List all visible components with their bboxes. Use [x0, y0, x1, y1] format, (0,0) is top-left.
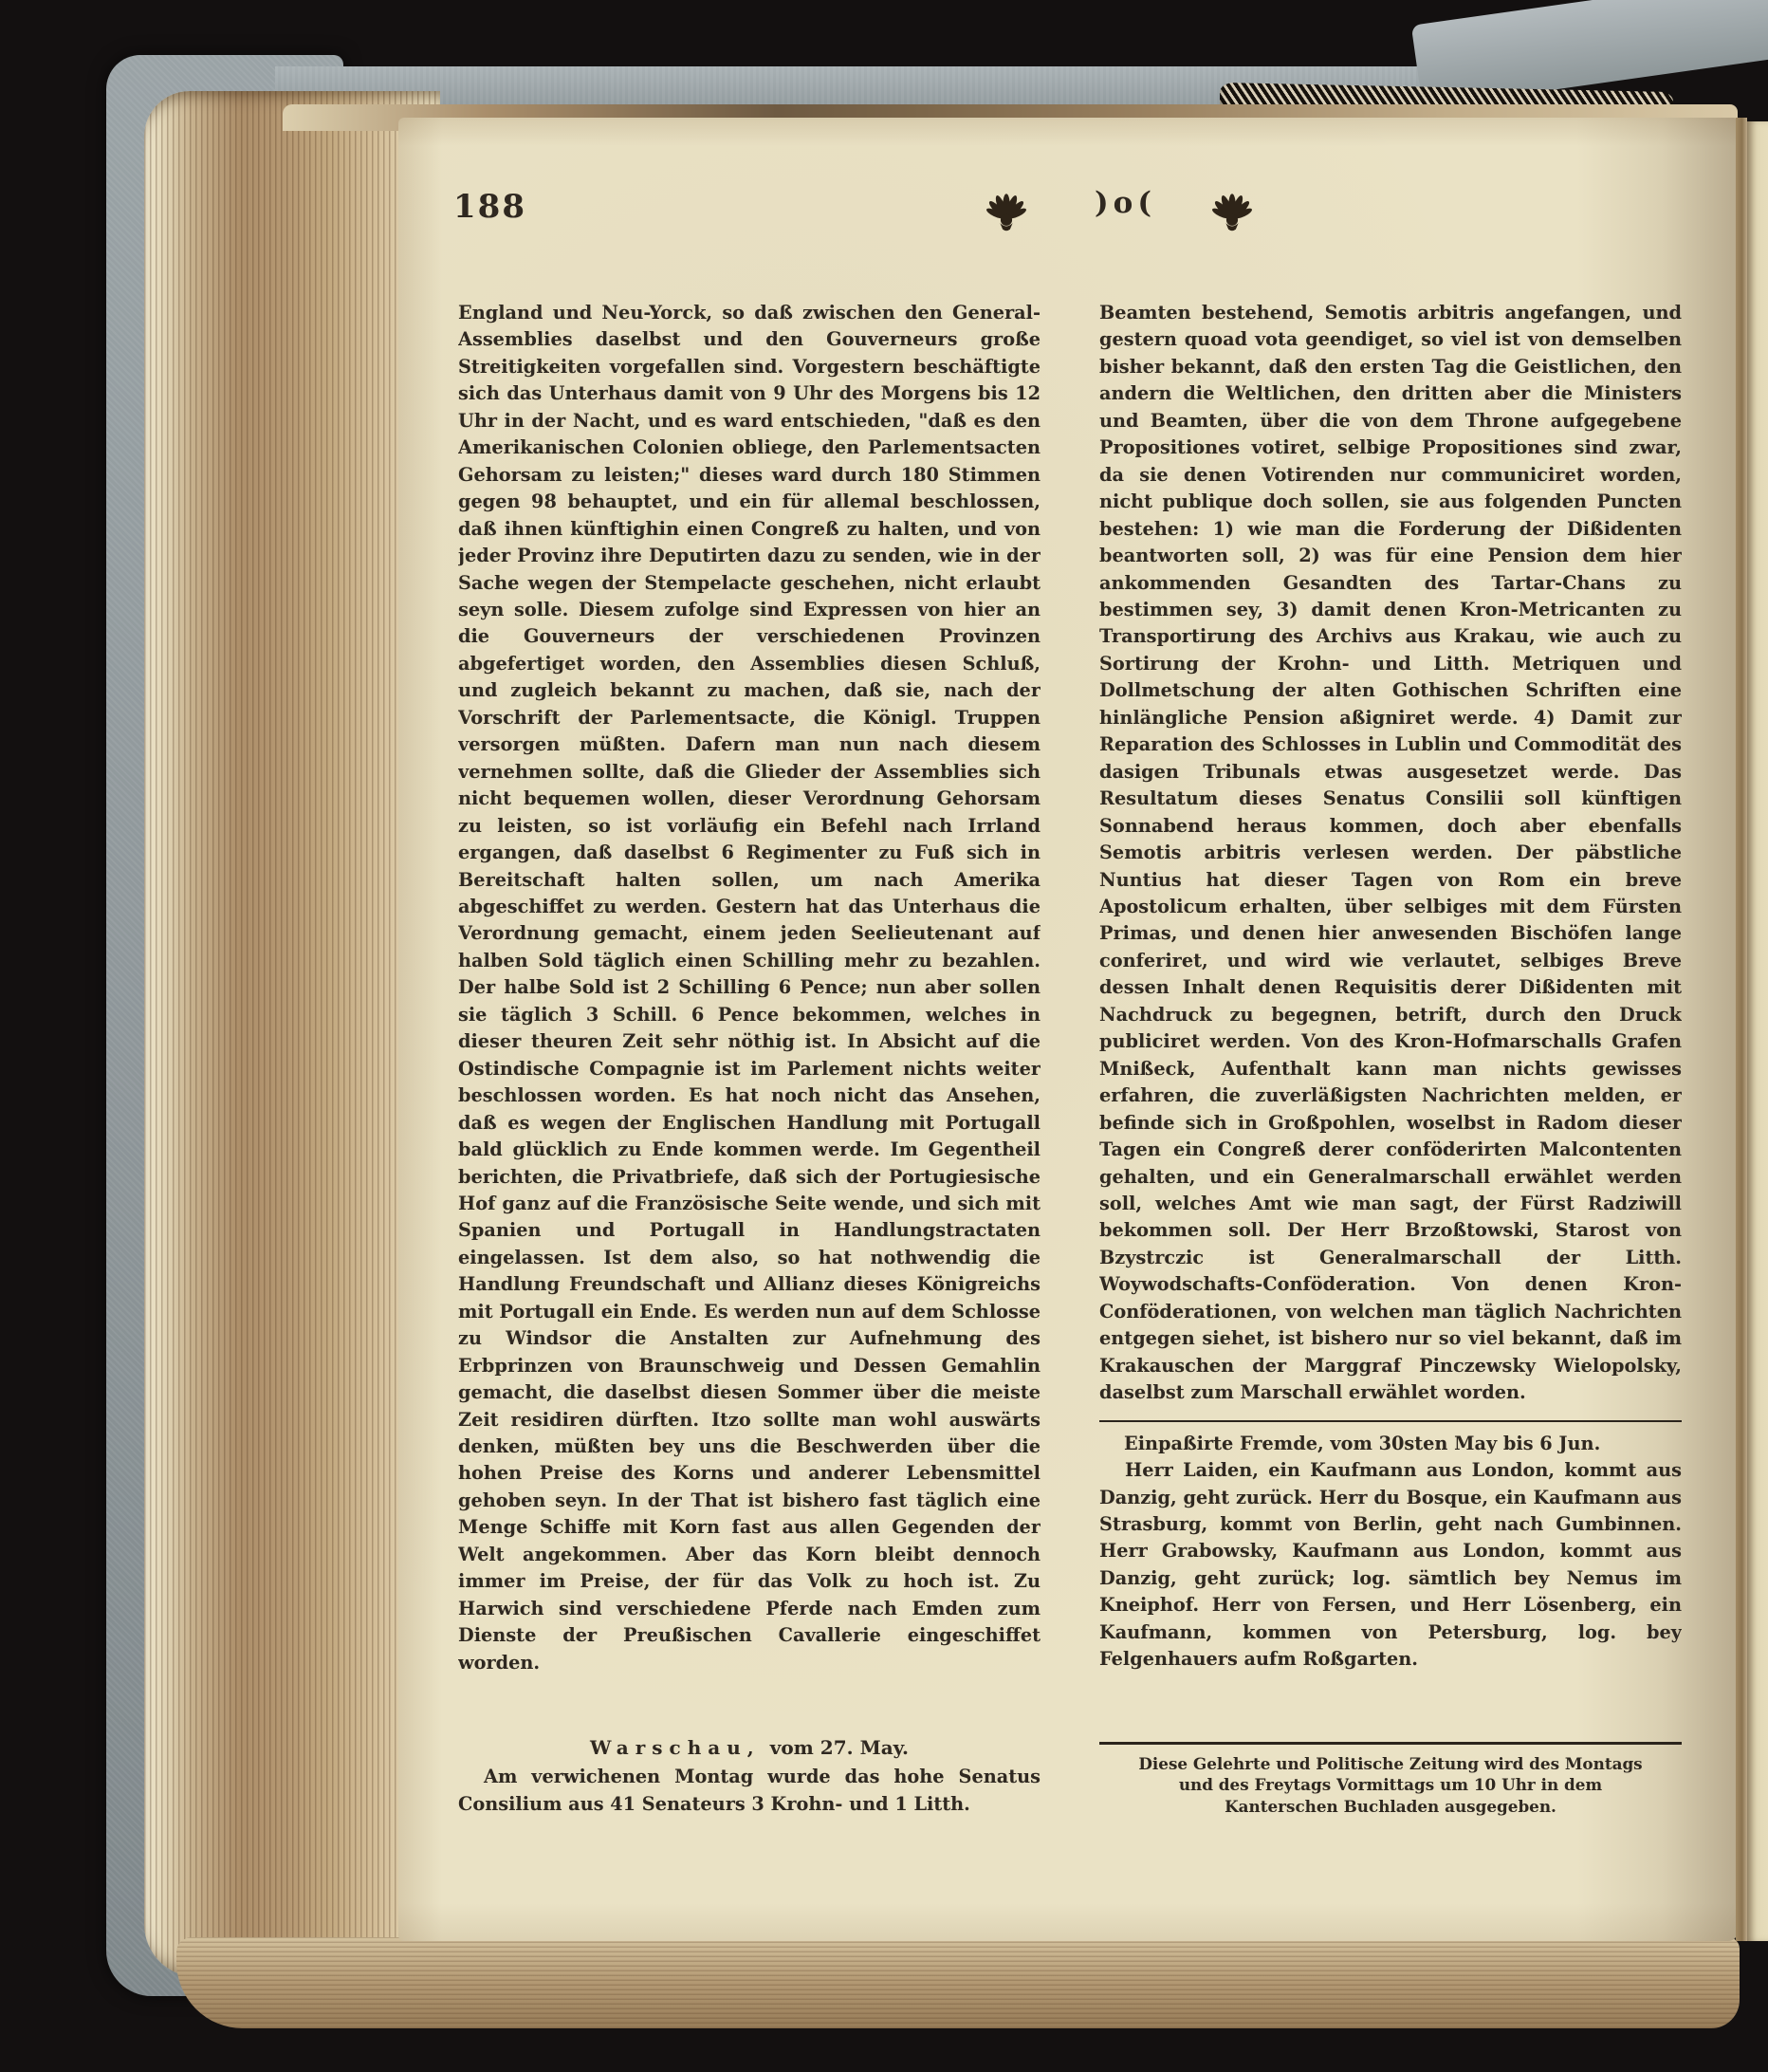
horizontal-rule [1099, 1742, 1682, 1745]
heading-date: vom 27. May. [770, 1736, 909, 1759]
running-head: 188 )o( [453, 184, 1686, 243]
heading-place: Warschau, [590, 1736, 761, 1759]
paragraph: Herr Laiden, ein Kaufmann aus London, ko… [1099, 1457, 1682, 1674]
left-column: England und Neu-Yorck, so daß zwischen d… [458, 300, 1041, 1818]
ornament-separator: )o( [1095, 186, 1156, 220]
gutter-crease [1736, 118, 1747, 1941]
paragraph: Am verwichenen Montag wurde das hohe Sen… [458, 1764, 1041, 1818]
imprint-section: Diese Gelehrte und Politische Zeitung wi… [1099, 1729, 1682, 1818]
fanned-page-edges-left [144, 91, 440, 1977]
book-scan-photo: { "colors": { "paper": "#eae2c5", "ink":… [0, 0, 1768, 2072]
section-heading-warschau: Warschau,vom 27. May. [458, 1733, 1041, 1762]
imprint-notice: Diese Gelehrte und Politische Zeitung wi… [1099, 1753, 1682, 1818]
shell-ornament-icon [1210, 192, 1254, 235]
facing-page-sliver [1747, 121, 1768, 1941]
paragraph: England und Neu-Yorck, so daß zwischen d… [458, 300, 1041, 1676]
page-text: England und Neu-Yorck, so daß zwischen d… [458, 300, 1684, 1818]
shell-ornament-icon [985, 192, 1028, 235]
paragraph: Beamten bestehend, Semotis arbitris ange… [1099, 300, 1682, 1407]
section-heading-fremde: Einpaßirte Fremde, vom 30sten May bis 6 … [1099, 1431, 1682, 1457]
right-column: Beamten bestehend, Semotis arbitris ange… [1099, 300, 1682, 1818]
page-block-bottom-edge [176, 1937, 1740, 2028]
horizontal-rule [1099, 1420, 1682, 1423]
page-number: 188 [453, 188, 526, 226]
warschau-section: Warschau,vom 27. May. Am verwichenen Mon… [458, 1722, 1041, 1818]
